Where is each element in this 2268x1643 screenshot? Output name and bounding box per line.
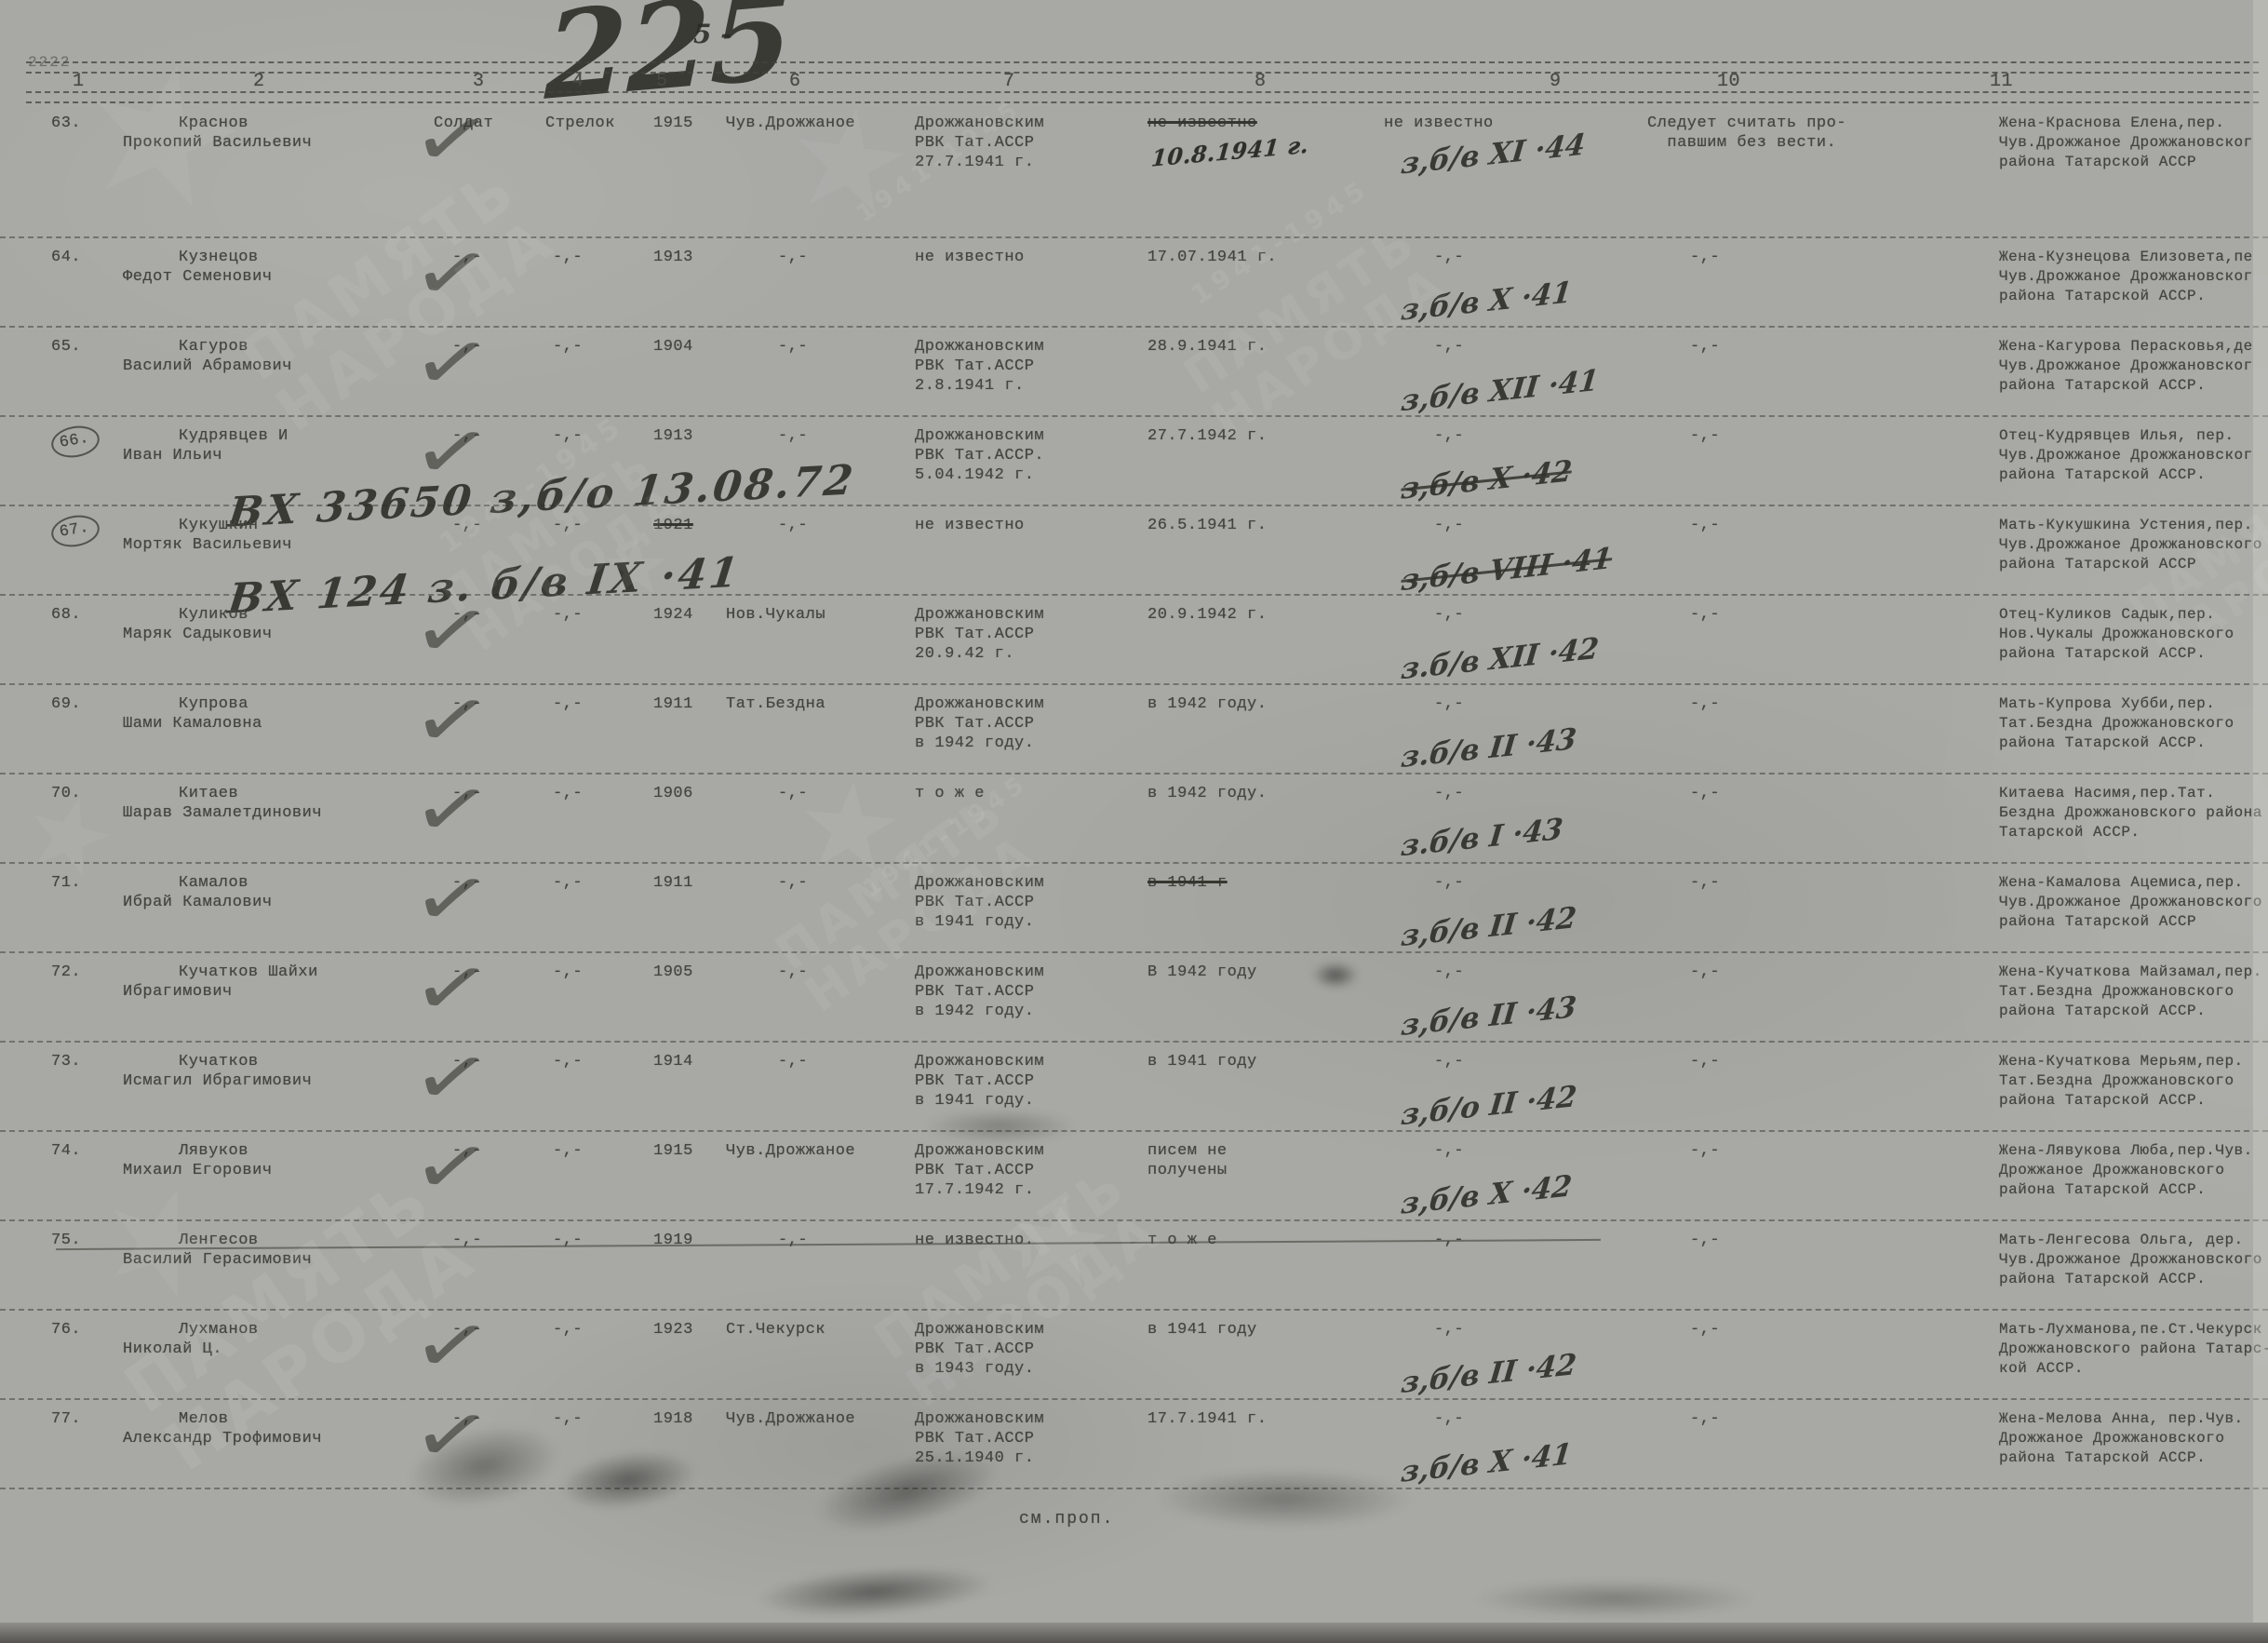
table-row: 64. Кузнецов Федот Семенович -,- -,- 191… <box>0 238 2268 328</box>
given-patronymic: Федот Семенович <box>121 267 428 287</box>
row-number-cell: 70. <box>51 774 121 862</box>
drafted-by-cell: Дрожжановским РВК Тат.АССР в 1942 году. <box>915 685 1147 773</box>
given-patronymic: Маряк Садыкович <box>121 625 428 644</box>
scan-edge-bottom <box>0 1623 2268 1643</box>
birthplace-cell: -,- <box>724 328 915 415</box>
row-number-cell: 77. <box>51 1400 121 1488</box>
family-cell: Мать-Кукушкина Устения,пер. Чув.Дрожжано… <box>1999 506 2268 594</box>
family-cell: Мать-Лухманова,пе.Ст.Чекурск Дрожжановск… <box>1999 1311 2268 1398</box>
row-number-cell: 69. <box>51 685 121 773</box>
given-patronymic: Мортяк Васильевич <box>121 535 428 555</box>
birthplace-cell: -,- <box>724 774 915 862</box>
surname: Кучатков Шайхи <box>121 963 428 982</box>
drafted-by-cell: не известно <box>915 238 1147 326</box>
rank-cell: -,- <box>428 596 540 683</box>
table-row: 67. Кукушкин Мортяк Васильевич -,- -,- 1… <box>0 506 2268 596</box>
last-contact-text: в 1941 году <box>1147 1321 1257 1339</box>
last-contact-text: писем не получены <box>1147 1142 1228 1179</box>
birth-year-cell: 1919 <box>651 1221 724 1309</box>
last-contact-cell: писем не получены <box>1147 1132 1380 1219</box>
last-contact-text: в 1942 году. <box>1147 785 1267 802</box>
last-contact-text: 26.5.1941 г. <box>1147 517 1267 534</box>
given-patronymic: Ибрай Камалович <box>121 893 428 912</box>
given-patronymic: Михаил Егорович <box>121 1161 428 1180</box>
specialty-cell: -,- <box>540 1311 651 1398</box>
conclusion-cell: -,- <box>1590 1221 1999 1309</box>
family-cell: Отец-Кудрявцев Илья, пер. Чув.Дрожжаное … <box>1999 417 2268 505</box>
rank-cell: -,- <box>428 1221 540 1309</box>
birthplace-cell: -,- <box>724 864 915 951</box>
drafted-by-cell: Дрожжановским РВК Тат.АССР в 1943 году. <box>915 1311 1147 1398</box>
row-number-cell: 75. <box>51 1221 121 1309</box>
column-number-7: 7 <box>1003 71 1015 92</box>
column-number-4: 4 <box>572 71 584 92</box>
surname: Купрова <box>121 694 428 714</box>
row-number: 72. <box>51 963 81 982</box>
row-number: 68. <box>51 605 81 625</box>
drafted-by-cell: Дрожжановским РВК Тат.АССР в 1941 году. <box>915 1043 1147 1130</box>
row-number-cell: 64. <box>51 238 121 326</box>
name-cell: Купрова Шами Камаловна <box>121 685 428 773</box>
table-row: 74. Лявуков Михаил Егорович -,- -,- 1915… <box>0 1132 2268 1221</box>
conclusion-cell: -,- <box>1590 774 1999 862</box>
drafted-by-cell: Дрожжановским РВК Тат.АССР 20.9.42 г. <box>915 596 1147 683</box>
conclusion-cell: -,- <box>1590 685 1999 773</box>
footer-note: см.проп. <box>1019 1510 1114 1529</box>
specialty-cell: -,- <box>540 864 651 951</box>
birthplace-cell: -,- <box>724 1043 915 1130</box>
birth-year-cell: 1911 <box>651 685 724 773</box>
row-number: 66. <box>49 423 102 462</box>
row-number-cell: 76. <box>51 1311 121 1398</box>
last-contact-cell: 20.9.1942 г. <box>1147 596 1380 683</box>
last-contact-text: не известно <box>1147 114 1257 132</box>
conclusion-cell: -,- <box>1590 328 1999 415</box>
column-number-8: 8 <box>1255 71 1267 92</box>
last-contact-cell: 28.9.1941 г. <box>1147 328 1380 415</box>
given-patronymic: Александр Трофимович <box>121 1429 428 1448</box>
last-contact-cell: в 1941 году <box>1147 1311 1380 1398</box>
birth-year-cell: 1914 <box>651 1043 724 1130</box>
given-patronymic: Шами Камаловна <box>121 714 428 734</box>
table-row: 75. Ленгесов Василий Герасимович -,- -,-… <box>0 1221 2268 1311</box>
birthplace-cell: Нов.Чукалы <box>724 596 915 683</box>
surname: Китаев <box>121 784 428 803</box>
surname: Лявуков <box>121 1141 428 1161</box>
surname: Кудрявцев И <box>121 426 428 446</box>
table-row: 73. Кучатков Исмагил Ибрагимович -,- -,-… <box>0 1043 2268 1132</box>
family-cell: Китаева Насимя,пер.Тат. Бездна Дрожжанов… <box>1999 774 2268 862</box>
last-contact-text: в 1941 г <box>1147 874 1228 892</box>
conclusion-cell: -,- <box>1590 1132 1999 1219</box>
last-contact-cell: в 1942 году. <box>1147 774 1380 862</box>
birthplace-cell: -,- <box>724 506 915 594</box>
drafted-by-cell: Дрожжановским РВК Тат.АССР в 1941 году. <box>915 864 1147 951</box>
birth-year-cell: 1906 <box>651 774 724 862</box>
last-contact-text: в 1941 году <box>1147 1053 1257 1071</box>
birth-year-cell: 1905 <box>651 953 724 1041</box>
birthplace-cell: Чув.Дрожжаное <box>724 1132 915 1219</box>
family-cell: Жена-Кагурова Перасковья,де Чув.Дрожжано… <box>1999 328 2268 415</box>
last-contact-cell: в 1941 г <box>1147 864 1380 951</box>
rank-cell: -,- <box>428 1043 540 1130</box>
name-cell: Камалов Ибрай Камалович <box>121 864 428 951</box>
name-cell: Кузнецов Федот Семенович <box>121 238 428 326</box>
handwritten-page-number: 5 - <box>693 19 731 49</box>
specialty-cell: -,- <box>540 596 651 683</box>
column-number-5: 5 <box>656 71 668 92</box>
row-number: 65. <box>51 337 81 357</box>
specialty-cell: -,- <box>540 1400 651 1488</box>
rank-cell: -,- <box>428 1400 540 1488</box>
name-cell: Китаев Шарав Замалетдинович <box>121 774 428 862</box>
row-number-cell: 65. <box>51 328 121 415</box>
name-cell: Краснов Прокопий Васильевич <box>121 104 428 236</box>
row-number-cell: 71. <box>51 864 121 951</box>
ink-smudge <box>1461 1578 1768 1620</box>
row-number: 71. <box>51 873 81 893</box>
row-number-cell: 74. <box>51 1132 121 1219</box>
specialty-cell: -,- <box>540 1043 651 1130</box>
column-number-11: 11 <box>1990 71 2013 92</box>
drafted-by-cell: не известно <box>915 506 1147 594</box>
family-cell: Мать-Купрова Хубби,пер. Тат.Бездна Дрожж… <box>1999 685 2268 773</box>
col9-cell: -,- <box>1380 1221 1590 1309</box>
rank-cell: Солдат <box>428 104 540 236</box>
row-number: 76. <box>51 1320 81 1340</box>
last-contact-text: В 1942 году <box>1147 963 1257 981</box>
rank-cell: -,- <box>428 328 540 415</box>
family-cell: Отец-Куликов Садык,пер. Нов.Чукалы Дрожж… <box>1999 596 2268 683</box>
drafted-by-cell: Дрожжановским РВК Тат.АССР 2.8.1941 г. <box>915 328 1147 415</box>
family-cell: Жена-Кузнецова Елизовета,пе Чув.Дрожжано… <box>1999 238 2268 326</box>
birth-year-cell: 1915 <box>651 1132 724 1219</box>
last-contact-cell: в 1941 году <box>1147 1043 1380 1130</box>
surname: Лухманов <box>121 1320 428 1340</box>
birthplace-cell: -,- <box>724 953 915 1041</box>
table-row: 65. Кагуров Василий Абрамович -,- -,- 19… <box>0 328 2268 417</box>
drafted-by-cell: Дрожжановским РВК Тат.АССР в 1942 году. <box>915 953 1147 1041</box>
row-number-cell: 73. <box>51 1043 121 1130</box>
table-row: 70. Китаев Шарав Замалетдинович -,- -,- … <box>0 774 2268 864</box>
last-contact-text: 27.7.1942 г. <box>1147 427 1267 445</box>
birth-year-cell: 1915 <box>651 104 724 236</box>
last-contact-cell: в 1942 году. <box>1147 685 1380 773</box>
birthplace-cell: Ст.Чекурск <box>724 1311 915 1398</box>
scan-edge-right <box>2253 0 2268 1643</box>
last-contact-text: 28.9.1941 г. <box>1147 338 1267 356</box>
rank-cell: -,- <box>428 1311 540 1398</box>
given-patronymic: Прокопий Васильевич <box>121 133 428 153</box>
birthplace-cell: Чув.Дрожжаное <box>724 104 915 236</box>
column-number-6: 6 <box>789 71 801 92</box>
conclusion-cell: -,- <box>1590 1043 1999 1130</box>
row-number: 69. <box>51 694 81 714</box>
birth-year-cell: 1911 <box>651 864 724 951</box>
table-row: 71. Камалов Ибрай Камалович -,- -,- 1911… <box>0 864 2268 953</box>
row-number-cell: 68. <box>51 596 121 683</box>
conclusion-cell: -,- <box>1590 596 1999 683</box>
birth-year-cell: 1904 <box>651 328 724 415</box>
table-row: 77. Мелов Александр Трофимович -,- -,- 1… <box>0 1400 2268 1489</box>
conclusion-cell: -,- <box>1590 1311 1999 1398</box>
given-patronymic: Николай Ц. <box>121 1340 428 1359</box>
name-cell: Кагуров Василий Абрамович <box>121 328 428 415</box>
name-cell: Кучатков Шайхи Ибрагимович <box>121 953 428 1041</box>
row-number: 73. <box>51 1052 81 1071</box>
family-cell: Жена-Краснова Елена,пер. Чув.Дрожжаное Д… <box>1999 104 2268 236</box>
birth-year-cell: 1923 <box>651 1311 724 1398</box>
given-patronymic: Иван Ильич <box>121 446 428 465</box>
birthplace-cell: Тат.Бездна <box>724 685 915 773</box>
ink-smudge <box>733 1555 1015 1630</box>
family-cell: Жена-Мелова Анна, пер.Чув. Дрожжаное Дро… <box>1999 1400 2268 1488</box>
row-number: 77. <box>51 1409 81 1429</box>
table-row: 72. Кучатков Шайхи Ибрагимович -,- -,- 1… <box>0 953 2268 1043</box>
table-row: 63. Краснов Прокопий Васильевич Солдат С… <box>0 104 2268 238</box>
specialty-cell: -,- <box>540 328 651 415</box>
conclusion-cell: -,- <box>1590 506 1999 594</box>
rank-cell: -,- <box>428 1132 540 1219</box>
row-number: 63. <box>51 114 81 133</box>
column-number-9: 9 <box>1550 71 1562 92</box>
specialty-cell: -,- <box>540 1132 651 1219</box>
last-contact-cell: т о ж е <box>1147 1221 1380 1309</box>
surname: Краснов <box>121 114 428 133</box>
name-cell: Ленгесов Василий Герасимович <box>121 1221 428 1309</box>
given-patronymic: Ибрагимович <box>121 982 428 1002</box>
row-number-cell: 66. <box>51 417 121 505</box>
column-number-3: 3 <box>473 71 485 92</box>
given-patronymic: Василий Герасимович <box>121 1250 428 1270</box>
rank-cell: -,- <box>428 774 540 862</box>
row-number: 67. <box>49 512 102 551</box>
records-table: 63. Краснов Прокопий Васильевич Солдат С… <box>0 104 2268 1489</box>
specialty-cell: -,- <box>540 1221 651 1309</box>
last-contact-text: 17.07.1941 г. <box>1147 249 1277 266</box>
specialty-cell: -,- <box>540 953 651 1041</box>
row-number: 70. <box>51 784 81 803</box>
surname: Камалов <box>121 873 428 893</box>
last-contact-text: в 1942 году. <box>1147 695 1267 713</box>
name-cell: Лявуков Михаил Егорович <box>121 1132 428 1219</box>
surname: Кучатков <box>121 1052 428 1071</box>
birthplace-cell: Чув.Дрожжаное <box>724 1400 915 1488</box>
family-cell: Жена-Камалова Ацемиса,пер. Чув.Дрожжаное… <box>1999 864 2268 951</box>
last-contact-cell: не известно 10.8.1941 г. <box>1147 104 1380 236</box>
given-patronymic: Василий Абрамович <box>121 357 428 376</box>
family-cell: Мать-Ленгесова Ольга, дер. Чув.Дрожжаное… <box>1999 1221 2268 1309</box>
last-contact-cell: В 1942 году <box>1147 953 1380 1041</box>
drafted-by-cell: не известно. <box>915 1221 1147 1309</box>
row-number-cell: 67. <box>51 506 121 594</box>
scanned-document-page: 2222 225 5 - 1 2 3 4 5 6 7 8 9 10 11 63.… <box>0 0 2268 1643</box>
header-rule-top <box>26 61 2259 74</box>
conclusion-cell: -,- <box>1590 864 1999 951</box>
surname: Куликов <box>121 605 428 625</box>
specialty-cell: -,- <box>540 685 651 773</box>
drafted-by-cell: т о ж е <box>915 774 1147 862</box>
last-contact-text: 20.9.1942 г. <box>1147 606 1267 624</box>
family-cell: Жена-Лявукова Люба,пер.Чув. Дрожжаное Др… <box>1999 1132 2268 1219</box>
conclusion-cell: Следует считать про- павшим без вести. <box>1590 104 1999 236</box>
given-patronymic: Шарав Замалетдинович <box>121 803 428 823</box>
drafted-by-cell: Дрожжановским РВК Тат.АССР 25.1.1940 г. <box>915 1400 1147 1488</box>
column-number-10: 10 <box>1717 71 1740 92</box>
rank-cell: -,- <box>428 953 540 1041</box>
table-row: 68. Куликов Маряк Садыкович -,- -,- 1924… <box>0 596 2268 685</box>
birth-year-cell: 1924 <box>651 596 724 683</box>
column-number-1: 1 <box>73 71 85 92</box>
row-number: 74. <box>51 1141 81 1161</box>
last-contact-cell: 17.7.1941 г. <box>1147 1400 1380 1488</box>
row-number-cell: 63. <box>51 104 121 236</box>
conclusion-cell: -,- <box>1590 238 1999 326</box>
conclusion-cell: -,- <box>1590 953 1999 1041</box>
conclusion-cell: -,- <box>1590 1400 1999 1488</box>
specialty-cell: Стрелок <box>540 104 651 236</box>
row-number-cell: 72. <box>51 953 121 1041</box>
last-contact-text: 17.7.1941 г. <box>1147 1410 1267 1428</box>
given-patronymic: Исмагил Ибрагимович <box>121 1071 428 1091</box>
surname: Кузнецов <box>121 248 428 267</box>
name-cell: Мелов Александр Трофимович <box>121 1400 428 1488</box>
birthplace-cell: -,- <box>724 238 915 326</box>
name-cell: Кучатков Исмагил Ибрагимович <box>121 1043 428 1130</box>
name-cell: Лухманов Николай Ц. <box>121 1311 428 1398</box>
last-contact-cell: 26.5.1941 г. <box>1147 506 1380 594</box>
birth-year-cell: 1913 <box>651 238 724 326</box>
drafted-by-cell: Дрожжановским РВК Тат.АССР 27.7.1941 г. <box>915 104 1147 236</box>
name-cell: Куликов Маряк Садыкович <box>121 596 428 683</box>
table-row: 66. Кудрявцев И Иван Ильич -,- -,- 1913 … <box>0 417 2268 506</box>
table-row: 69. Купрова Шами Камаловна -,- -,- 1911 … <box>0 685 2268 774</box>
surname: Кукушкин <box>121 516 428 535</box>
column-number-2: 2 <box>253 71 265 92</box>
drafted-by-cell: Дрожжановским РВК Тат.АССР. 5.04.1942 г. <box>915 417 1147 505</box>
rank-cell: -,- <box>428 864 540 951</box>
birth-year-cell: 1918 <box>651 1400 724 1488</box>
family-cell: Жена-Кучаткова Мерьям,пер. Тат.Бездна Др… <box>1999 1043 2268 1130</box>
rank-cell: -,- <box>428 685 540 773</box>
surname: Кагуров <box>121 337 428 357</box>
drafted-by-cell: Дрожжановским РВК Тат.АССР 17.7.1942 г. <box>915 1132 1147 1219</box>
specialty-cell: -,- <box>540 238 651 326</box>
specialty-cell: -,- <box>540 774 651 862</box>
row-number: 64. <box>51 248 81 267</box>
row-number: 75. <box>51 1231 81 1250</box>
birthplace-cell: -,- <box>724 1221 915 1309</box>
conclusion-cell: -,- <box>1590 417 1999 505</box>
last-contact-cell: 27.7.1942 г. <box>1147 417 1380 505</box>
family-cell: Жена-Кучаткова Майзамал,пер. Тат.Бездна … <box>1999 953 2268 1041</box>
header-rule-bottom <box>26 91 2259 103</box>
table-row: 76. Лухманов Николай Ц. -,- -,- 1923 Ст.… <box>0 1311 2268 1400</box>
rank-cell: -,- <box>428 238 540 326</box>
last-contact-text: т о ж е <box>1147 1232 1217 1249</box>
last-contact-cell: 17.07.1941 г. <box>1147 238 1380 326</box>
surname: Мелов <box>121 1409 428 1429</box>
